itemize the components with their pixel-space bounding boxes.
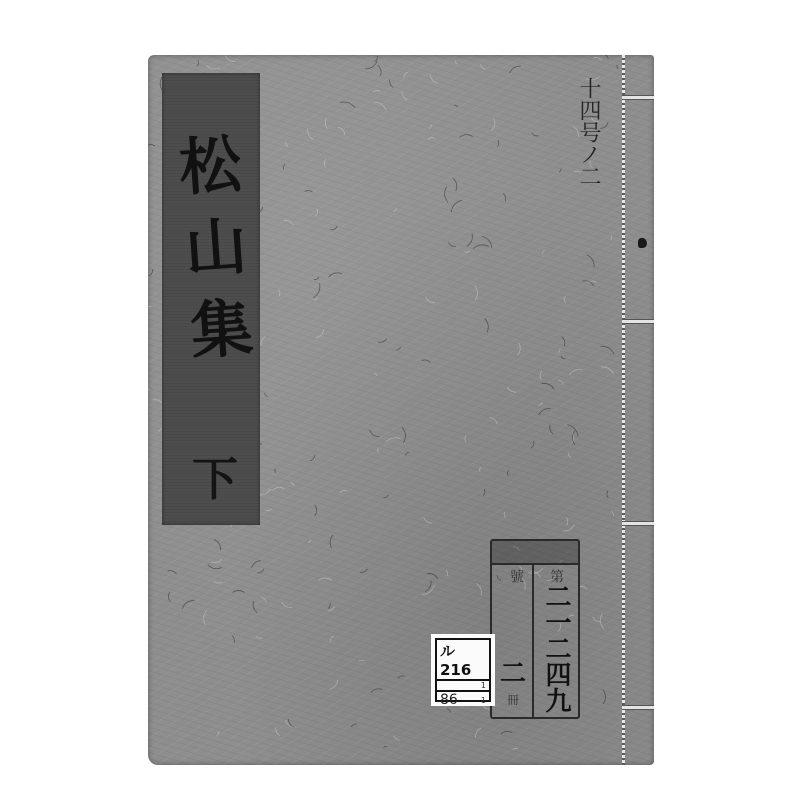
- binding-tie: [622, 319, 654, 324]
- stamp-header: [492, 541, 578, 565]
- label-row-3: 86 1: [437, 692, 489, 708]
- label-copy-number: 86: [440, 692, 458, 708]
- label-row2-small: 1: [481, 681, 486, 690]
- handwritten-annotation: 十四号ノ二: [576, 77, 600, 187]
- ink-blot: [638, 238, 647, 248]
- binding-tie: [622, 705, 654, 710]
- label-row-call: ル 216: [437, 640, 489, 681]
- stamp-divider: [532, 563, 534, 717]
- volume-marker: 下: [192, 443, 238, 509]
- label-row-2: 1: [437, 681, 489, 692]
- stamp-volume-count: 二: [496, 653, 530, 690]
- binding-tie: [622, 521, 654, 526]
- stamp-volume-suffix: 冊: [496, 691, 530, 708]
- binding-thread: [622, 55, 625, 765]
- book-cover: 松山集 下 十四号ノ二 第二一二四九號 二 冊 ル 216 1 86 1: [148, 55, 654, 765]
- binding-tie: [622, 95, 654, 100]
- stamp-suffix: 號: [508, 569, 524, 583]
- stamp-prefix: 第: [548, 569, 564, 583]
- title-slip: 松山集 下: [162, 73, 260, 525]
- call-mark: ル 216: [440, 640, 486, 679]
- stamp-accession-number: 第二一二四九號: [536, 569, 576, 717]
- stamp-number: 二一二四九: [541, 583, 571, 713]
- book-title: 松山集: [172, 131, 249, 381]
- shelf-label: ル 216 1 86 1: [431, 634, 495, 706]
- library-stamp: 第二一二四九號 二 冊: [490, 539, 580, 719]
- label-row3-small: 1: [481, 696, 486, 705]
